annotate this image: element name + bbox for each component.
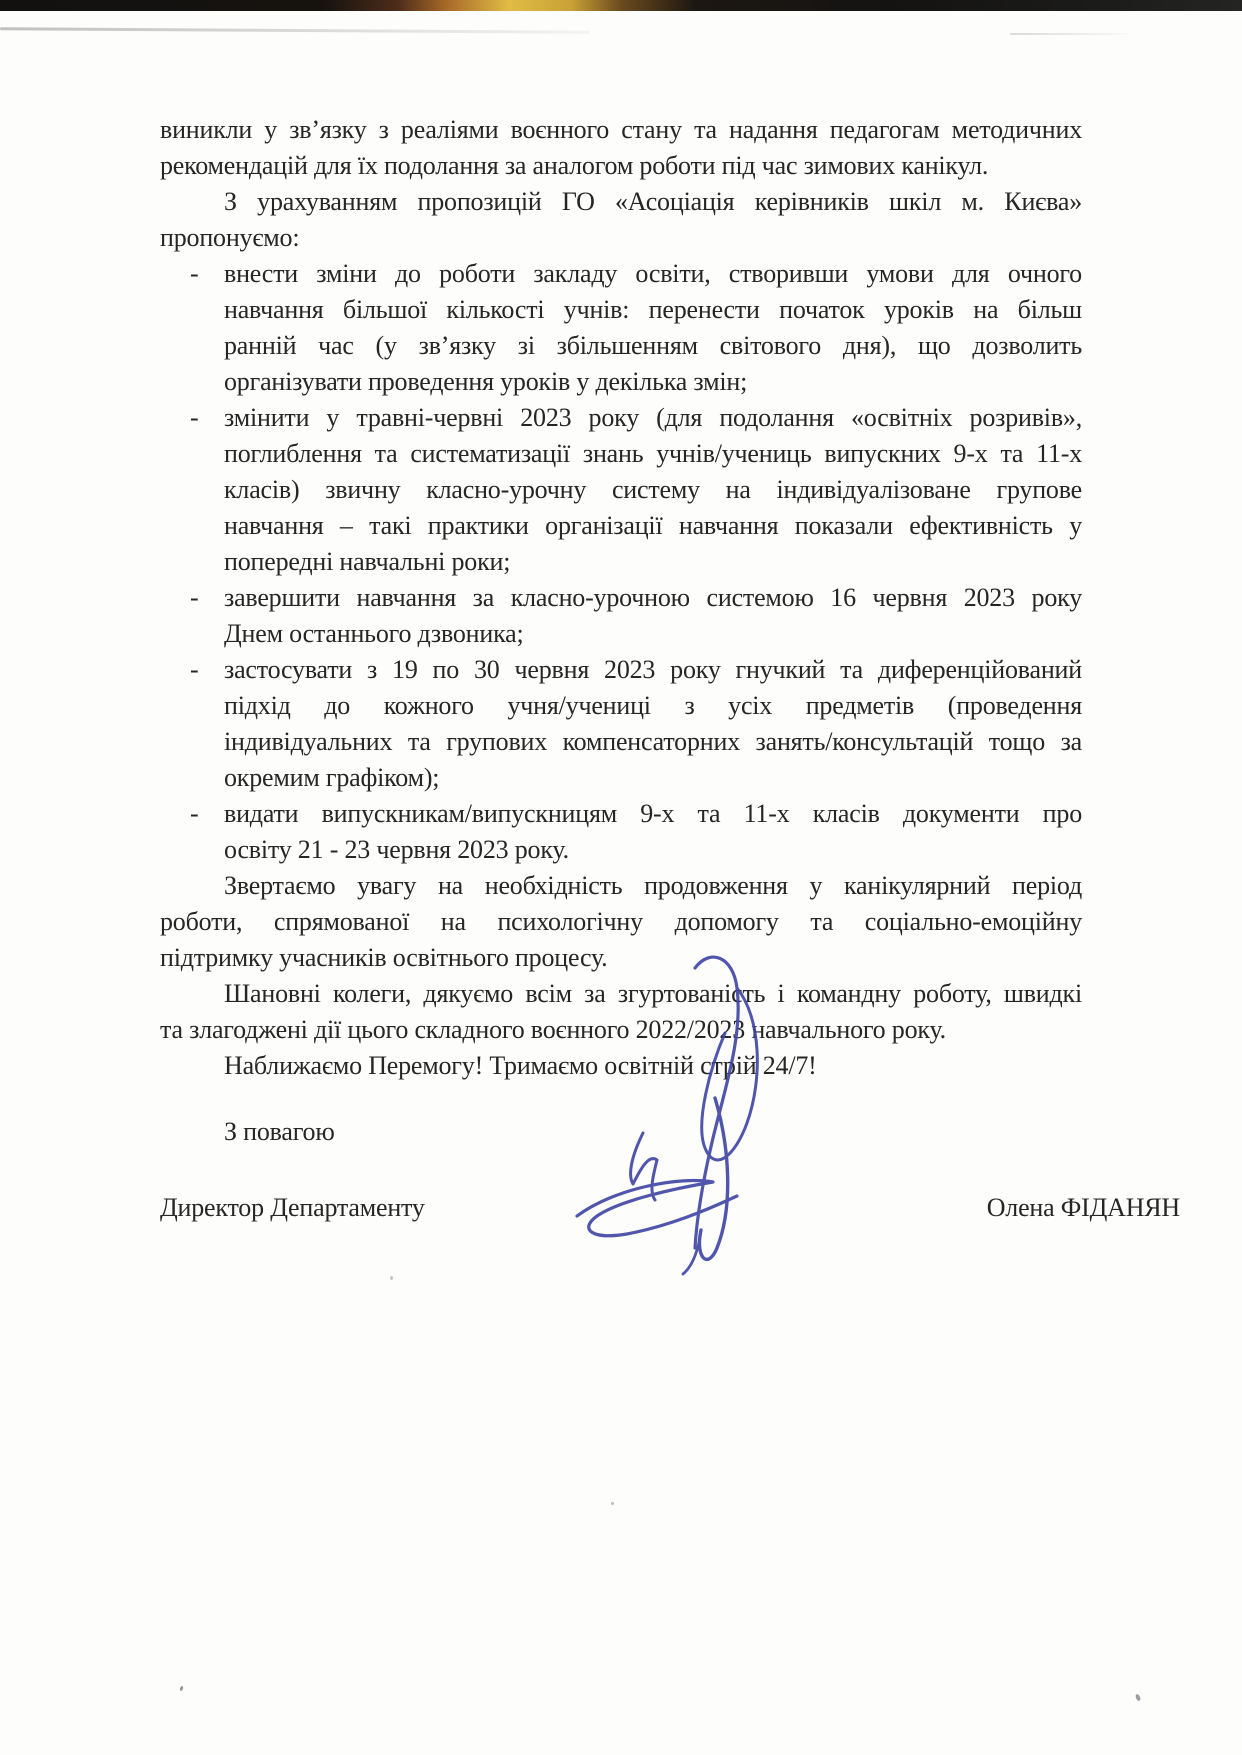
text-line: поглиблення та систематизації знань учні… [224, 436, 1082, 472]
list-item: - застосувати з 19 по 30 червня 2023 рок… [160, 652, 1082, 796]
text-line: рекомендацій для їх подолання за аналого… [160, 148, 1082, 184]
text-line: підхід до кожного учня/учениці з усіх пр… [224, 688, 1082, 724]
text-line: навчання – такі практики організації нав… [224, 508, 1082, 544]
scan-smudge [1010, 33, 1130, 35]
signer-title: Директор Департаменту [160, 1190, 425, 1226]
text-line: індивідуальних та групових компенсаторни… [224, 724, 1082, 760]
scan-speck [390, 1276, 393, 1280]
paragraph-intro: З урахуванням пропозицій ГО «Асоціація к… [160, 184, 1082, 256]
text-line: застосувати з 19 по 30 червня 2023 року … [224, 652, 1082, 688]
list-item: - видати випускникам/випускницям 9-х та … [160, 796, 1082, 868]
scan-speck [179, 1686, 184, 1692]
text-line: роботи, спрямованої на психологічну допо… [160, 904, 1082, 940]
text-line: видати випускникам/випускницям 9-х та 11… [224, 796, 1082, 832]
handwritten-signature [565, 948, 805, 1278]
text-line: ранній час (у зв’язку зі збільшенням сві… [224, 328, 1082, 364]
bullet-dash: - [190, 652, 198, 688]
text-line: внести зміни до роботи закладу освіти, с… [224, 256, 1082, 292]
text-line: окремим графіком); [224, 760, 1082, 796]
text-line: Звертаємо увагу на необхідність продовже… [160, 868, 1082, 904]
scanned-letter-page: виникли у зв’язку з реаліями воєнного ст… [0, 0, 1242, 1755]
text-line: змінити у травні-червні 2023 року (для п… [224, 400, 1082, 436]
bullet-dash: - [190, 580, 198, 616]
list-item: - завершити навчання за класно-урочною с… [160, 580, 1082, 652]
text-line: завершити навчання за класно-урочною сис… [224, 580, 1082, 616]
text-line: навчання більшої кількості учнів: перене… [224, 292, 1082, 328]
bullet-dash: - [190, 256, 198, 292]
text-line: Днем останнього дзвоника; [224, 616, 1082, 652]
text-line: виникли у зв’язку з реаліями воєнного ст… [160, 112, 1082, 148]
proposal-list: - внести зміни до роботи закладу освіти,… [160, 256, 1082, 868]
list-item: - внести зміни до роботи закладу освіти,… [160, 256, 1082, 400]
text-line: класів) звичну класно-урочну систему на … [224, 472, 1082, 508]
bullet-dash: - [190, 796, 198, 832]
text-line: пропонуємо: [160, 220, 1082, 256]
list-item: - змінити у травні-червні 2023 року (для… [160, 400, 1082, 580]
scan-speck [611, 1502, 614, 1505]
text-line: організувати проведення уроків у декільк… [224, 364, 1082, 400]
scan-smudge [0, 27, 590, 34]
scan-edge-artifact [0, 0, 1242, 11]
bullet-dash: - [190, 400, 198, 436]
paragraph-continuation: виникли у зв’язку з реаліями воєнного ст… [160, 112, 1082, 184]
signer-name: Олена ФІДАНЯН [987, 1190, 1180, 1226]
text-line: освіту 21 - 23 червня 2023 року. [224, 832, 1082, 868]
text-line: попередні навчальні роки; [224, 544, 1082, 580]
scan-speck [1135, 1693, 1142, 1701]
text-line: З урахуванням пропозицій ГО «Асоціація к… [160, 184, 1082, 220]
